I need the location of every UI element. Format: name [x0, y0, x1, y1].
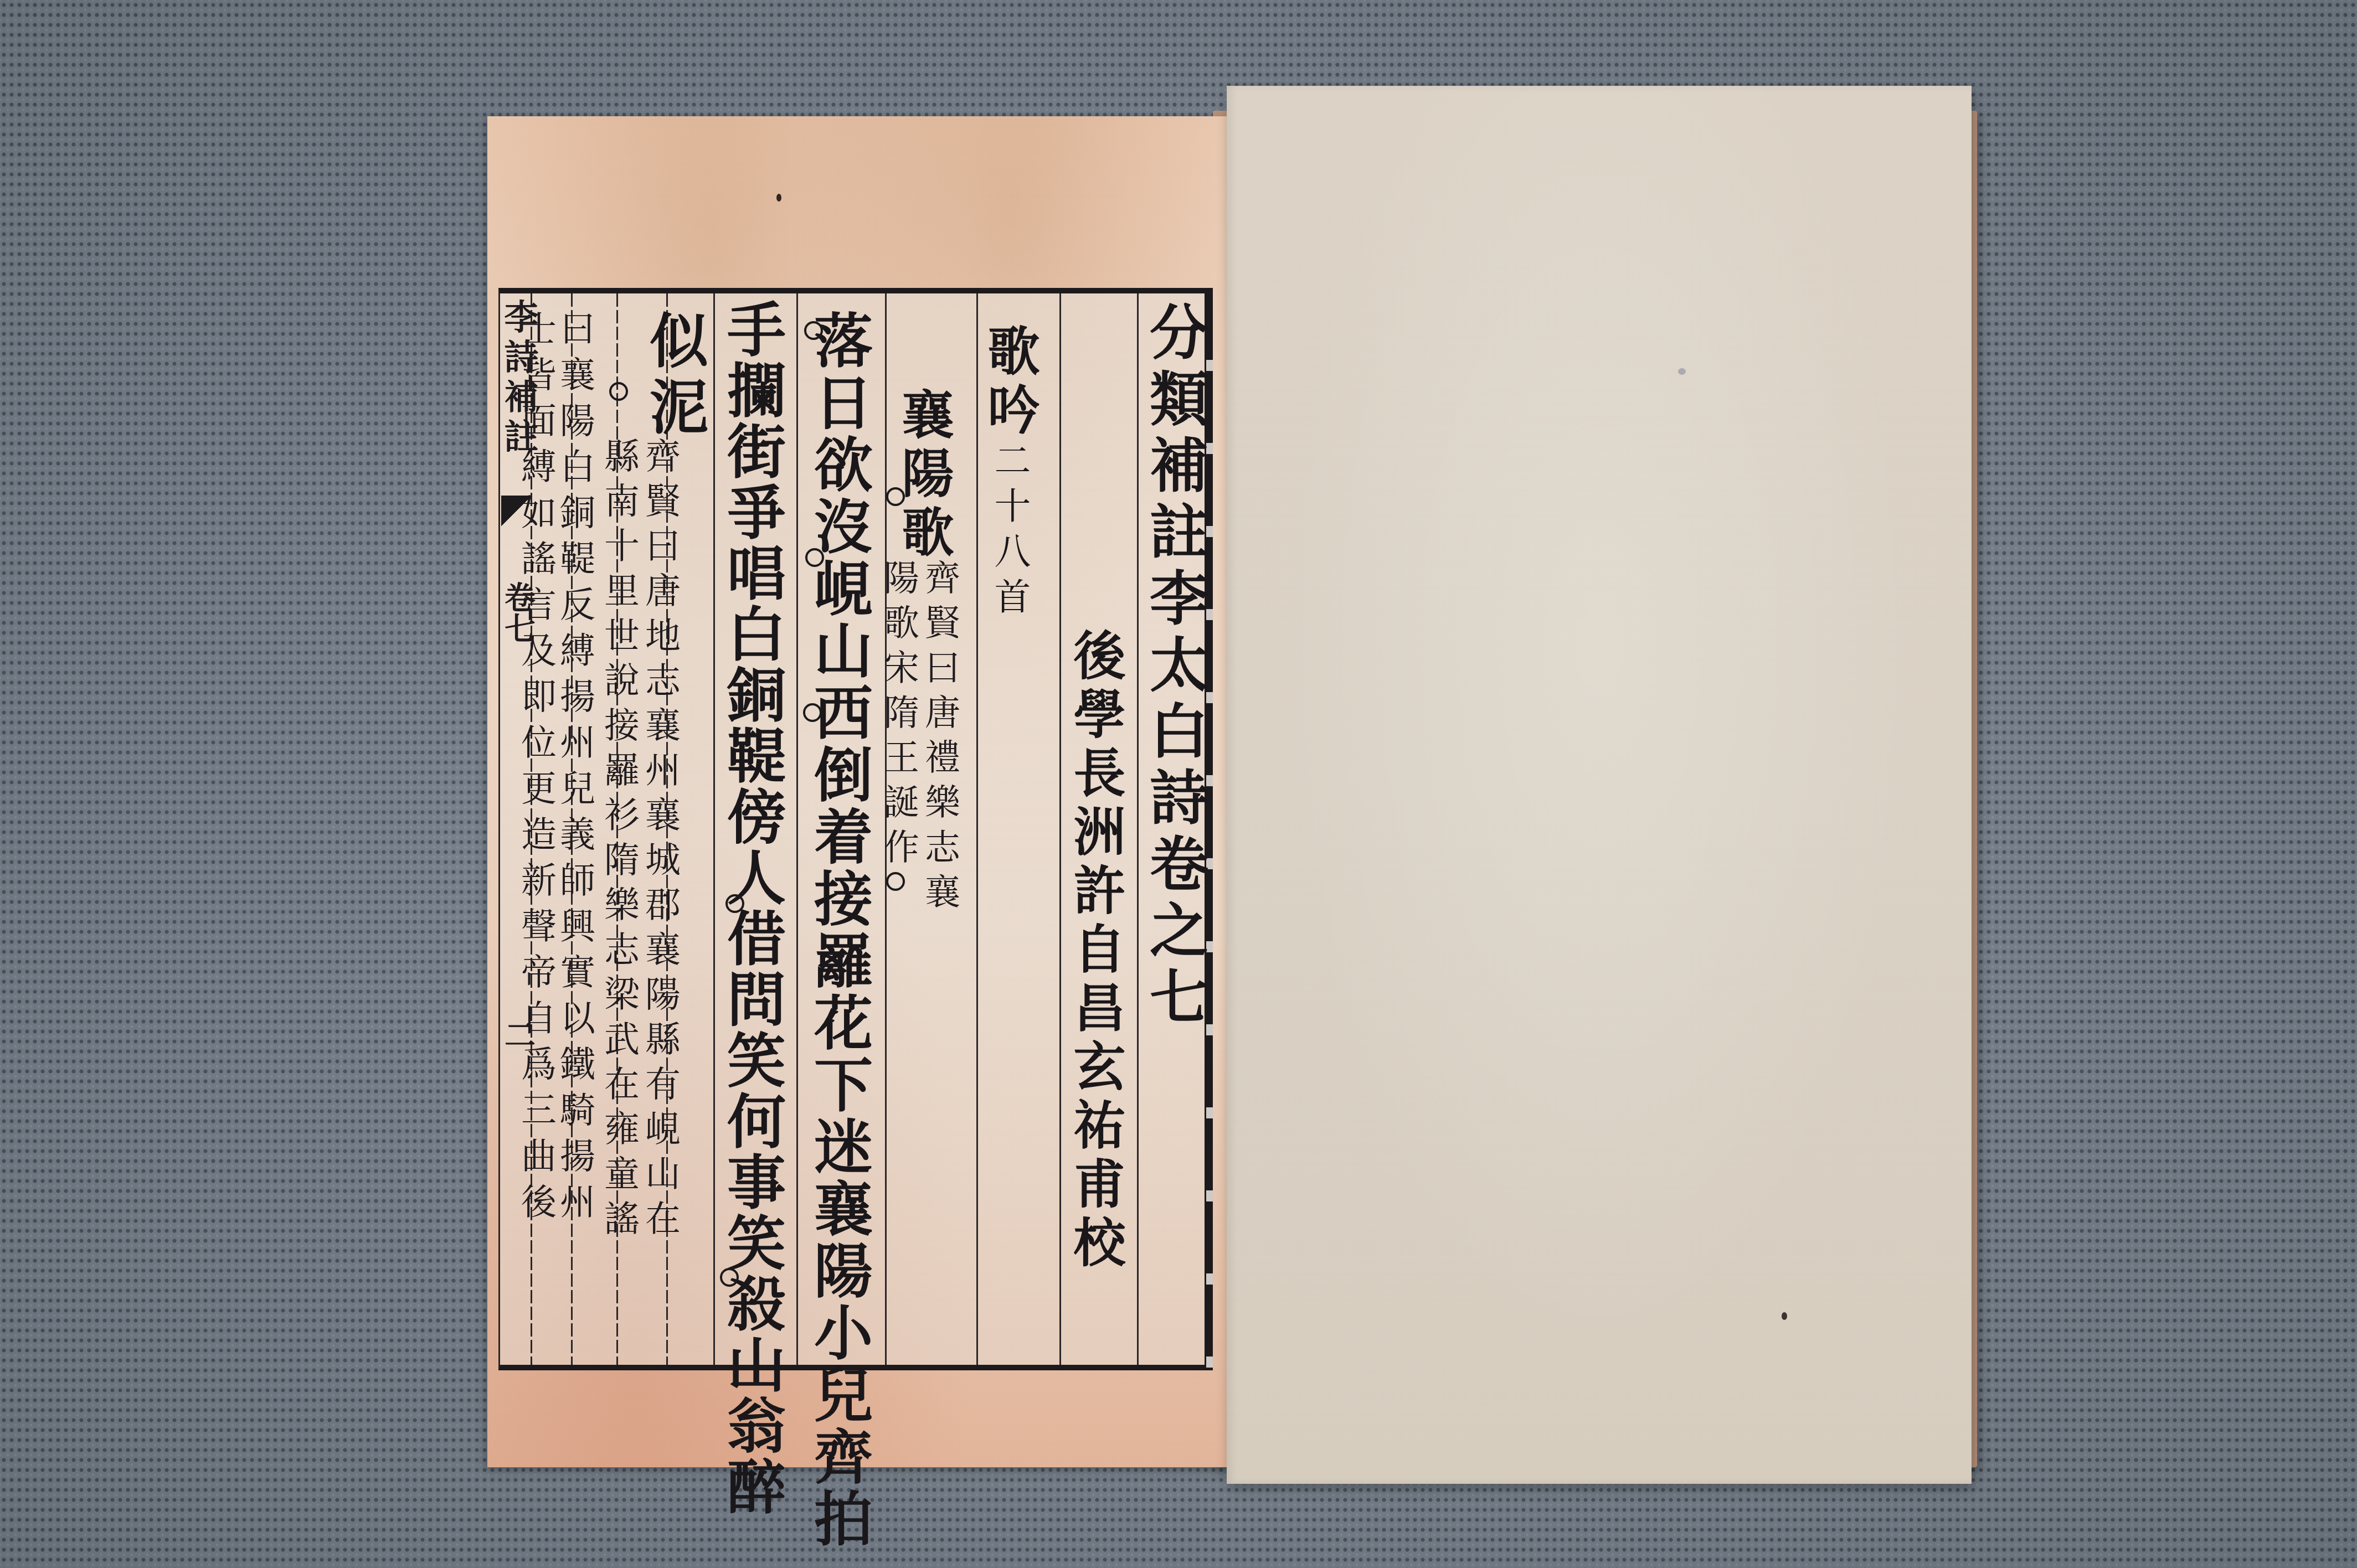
- fold-volume: 卷七: [502, 581, 533, 643]
- fold-page-number: 二: [502, 1019, 533, 1050]
- punctuation-circle: [886, 487, 905, 506]
- punctuation-circle: [725, 894, 744, 913]
- punctuation-circle: [886, 872, 905, 891]
- column-rule: [713, 293, 715, 1365]
- annotation-line: 齊賢曰唐地志襄州襄城郡襄陽縣有峴山在: [642, 437, 677, 1245]
- punctuation-circle: [609, 382, 628, 401]
- paper-spot: [1678, 368, 1686, 375]
- annotation-line: 縣南十里世說接䍦衫隋樂志梁武在雍童謠: [601, 437, 636, 1245]
- punctuation-circle: [720, 1268, 739, 1287]
- annotation-line: 齊賢曰唐禮樂志襄: [922, 559, 957, 918]
- column-rule: [1059, 293, 1061, 1365]
- poem-title-annotation: 齊賢曰唐禮樂志襄 陽歌宋隋王誕作: [881, 559, 957, 918]
- fold-margin: 李詩補註 卷七 二: [500, 293, 533, 1365]
- section-heading: 歌吟二十八首: [983, 324, 1035, 623]
- commentary-line: 曰襄陽白銅鞮反縛揚州兒義師興實以鐵騎揚州: [557, 310, 592, 1229]
- poem-title: 襄陽歌: [897, 388, 949, 564]
- fishtail-mark: [501, 496, 532, 526]
- editor-credit: 後學長洲許自昌玄祐甫校: [1069, 628, 1121, 1274]
- punctuation-circle: [803, 703, 822, 722]
- verse-line-3: 似泥: [645, 310, 704, 443]
- column-rule: [796, 293, 798, 1365]
- punctuation-circle: [805, 548, 824, 567]
- annotation-line: 陽歌宋隋王誕作: [881, 559, 916, 918]
- poem-count: 二十八首: [988, 441, 1031, 623]
- verse-line-1: 落日欲沒峴山西倒着接䍦花下迷襄陽小兒齊拍: [810, 310, 868, 1550]
- punctuation-circle: [804, 321, 823, 340]
- column-rule: [1137, 293, 1139, 1365]
- verse-annotation: 齊賢曰唐地志襄州襄城郡襄陽縣有峴山在 縣南十里世說接䍦衫隋樂志梁武在雍童謠: [601, 437, 677, 1245]
- section-title: 歌吟: [979, 324, 1039, 441]
- fold-book-title: 李詩補註: [501, 299, 536, 458]
- right-page-blank: [1227, 86, 1972, 1484]
- ink-spot: [776, 194, 781, 202]
- column-rule: [976, 293, 978, 1365]
- volume-title: 分類補註李太白詩卷之七: [1145, 302, 1204, 1033]
- paper-spot: [1782, 1312, 1787, 1320]
